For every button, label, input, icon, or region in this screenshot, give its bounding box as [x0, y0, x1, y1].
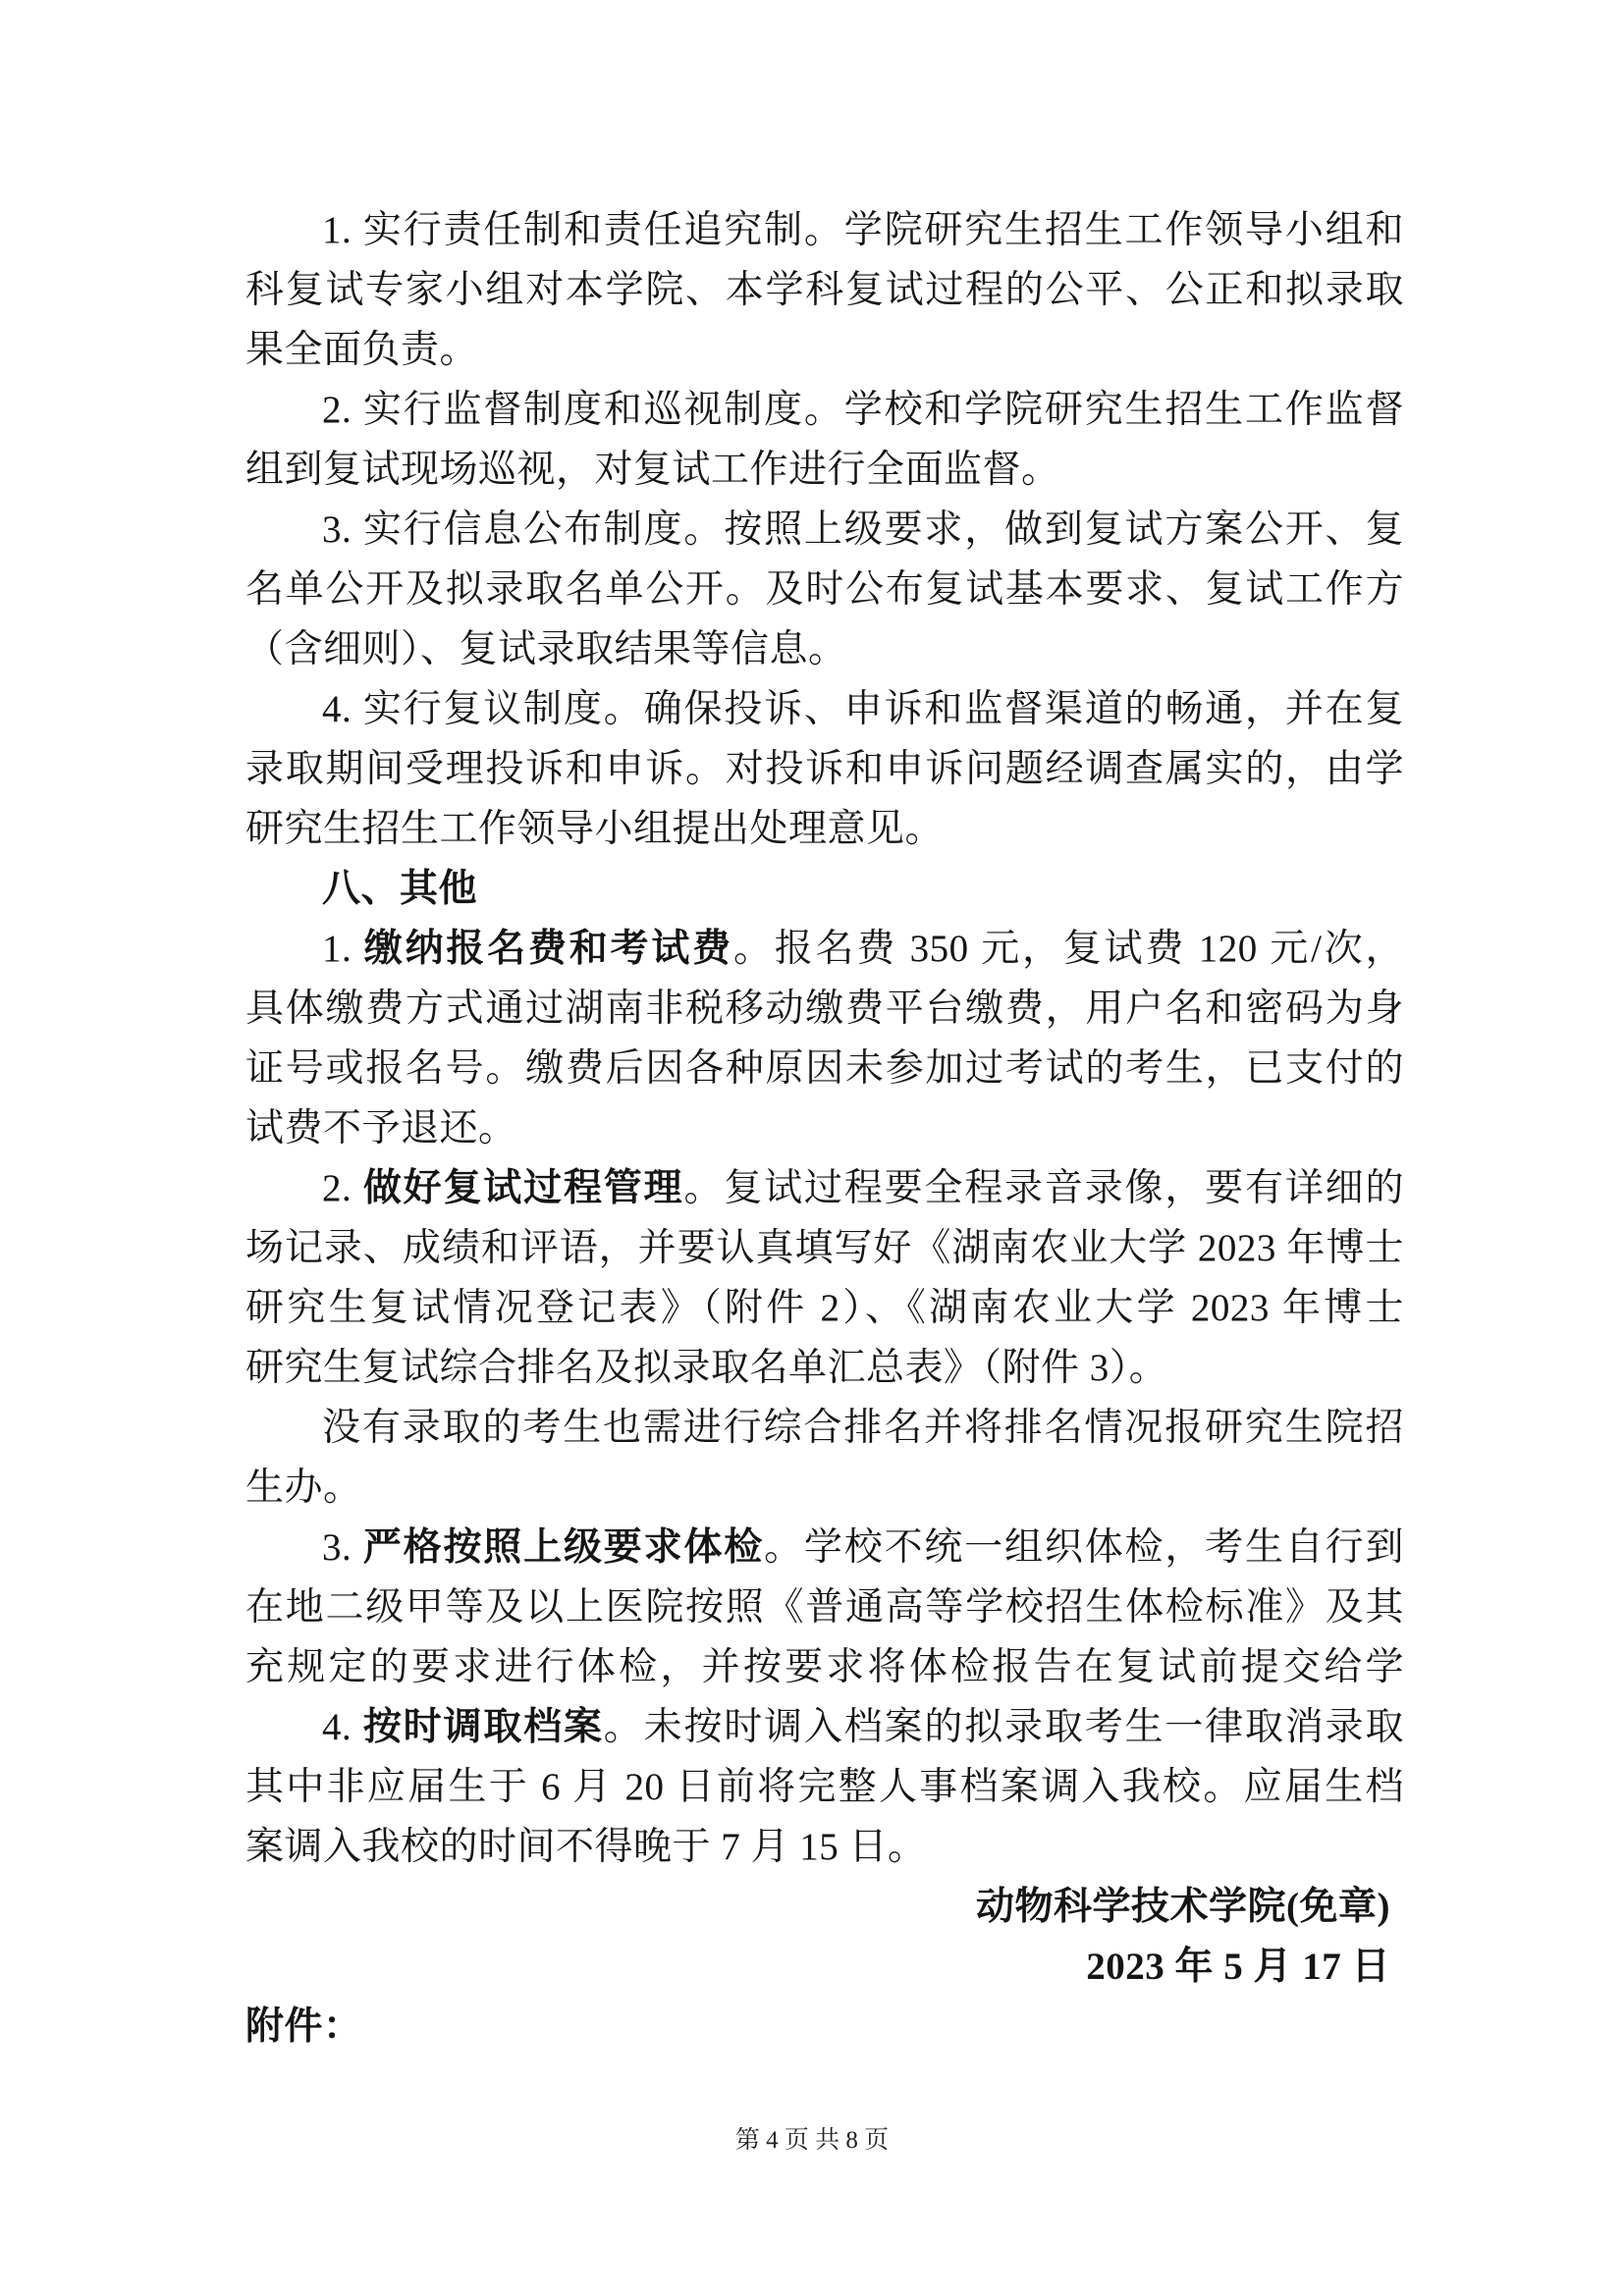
text-segment: （含细则）、复试录取结果等信息。: [245, 628, 847, 670]
text-segment: 案调入我校的时间不得晚于 7 月 15 日。: [245, 1826, 927, 1868]
text-line: 4. 按时调取档案。未按时调入档案的拟录取考生一律取消录取资: [245, 1697, 1404, 1757]
bold-text-segment: 2023 年 5 月 17 日: [1086, 1946, 1390, 1988]
text-line: 其中非应届生于 6 月 20 日前将完整人事档案调入我校。应届生档: [245, 1757, 1404, 1817]
text-line: 名单公开及拟录取名单公开。及时公布复试基本要求、复试工作方案: [245, 560, 1404, 619]
bold-text-segment: 严格按照上级要求体检: [363, 1526, 764, 1569]
text-line: 1. 缴纳报名费和考试费。报名费 350 元，复试费 120 元/次，: [245, 919, 1404, 979]
text-segment: 2. 实行监督制度和巡视制度。学校和学院研究生招生工作监督小: [322, 389, 1404, 440]
text-segment: 试费不予退还。: [245, 1107, 517, 1149]
text-line: 具体缴费方式通过湖南非税移动缴费平台缴费，用户名和密码为身份: [245, 979, 1404, 1039]
text-segment: 3. 实行信息公布制度。按照上级要求，做到复试方案公开、复试: [322, 508, 1404, 560]
text-line: 证号或报名号。缴费后因各种原因未参加过考试的考生，已支付的考: [245, 1039, 1404, 1098]
text-line: 科复试专家小组对本学院、本学科复试过程的公平、公正和拟录取结: [245, 260, 1404, 320]
bold-text-segment: 按时调取档案: [363, 1706, 604, 1748]
text-line: 场记录、成绩和评语，并要认真填写好《湖南农业大学 2023 年博士: [245, 1218, 1404, 1278]
text-line: 没有录取的考生也需进行综合排名并将排名情况报研究生院招: [245, 1398, 1404, 1458]
text-segment: 4.: [322, 1706, 363, 1748]
text-line: 试费不予退还。: [245, 1098, 1404, 1158]
text-segment: 2.: [322, 1167, 363, 1209]
text-line: 八、其他: [245, 859, 1404, 919]
text-line: 果全面负责。: [245, 320, 1404, 380]
text-segment: 。报名费 350 元，复试费 120 元/次，: [733, 928, 1404, 970]
text-line: 1. 实行责任制和责任追究制。学院研究生招生工作领导小组和学: [245, 200, 1404, 260]
document-body: 1. 实行责任制和责任追究制。学院研究生招生工作领导小组和学科复试专家小组对本学…: [245, 200, 1404, 2056]
text-line: 动物科学技术学院(免章): [245, 1877, 1404, 1937]
text-line: 2. 实行监督制度和巡视制度。学校和学院研究生招生工作监督小: [245, 380, 1404, 440]
text-segment: 证号或报名号。缴费后因各种原因未参加过考试的考生，已支付的考: [245, 1047, 1404, 1098]
text-line: 研究生复试综合排名及拟录取名单汇总表》（附件 3）。: [245, 1338, 1404, 1398]
text-line: 3. 严格按照上级要求体检。学校不统一组织体检，考生自行到所: [245, 1518, 1404, 1577]
text-segment: 录取期间受理投诉和申诉。对投诉和申诉问题经调查属实的，由学校: [245, 748, 1404, 799]
text-segment: 1. 实行责任制和责任追究制。学院研究生招生工作领导小组和学: [322, 209, 1404, 260]
text-segment: 研究生招生工作领导小组提出处理意见。: [245, 808, 944, 850]
text-segment: 1.: [322, 928, 364, 970]
text-segment: 研究生复试综合排名及拟录取名单汇总表》（附件 3）。: [245, 1347, 1167, 1389]
bold-text-segment: 做好复试过程管理: [363, 1167, 684, 1209]
text-line: 4. 实行复议制度。确保投诉、申诉和监督渠道的畅通，并在复试: [245, 679, 1404, 739]
text-line: 在地二级甲等及以上医院按照《普通高等学校招生体检标准》及其补: [245, 1577, 1404, 1637]
text-line: 3. 实行信息公布制度。按照上级要求，做到复试方案公开、复试: [245, 500, 1404, 560]
text-line: 组到复试现场巡视，对复试工作进行全面监督。: [245, 440, 1404, 500]
text-segment: 组到复试现场巡视，对复试工作进行全面监督。: [245, 449, 1060, 491]
text-line: 充规定的要求进行体检，并按要求将体检报告在复试前提交给学院。: [245, 1637, 1404, 1697]
bold-text-segment: 附件：: [245, 2005, 362, 2048]
text-line: （含细则）、复试录取结果等信息。: [245, 619, 1404, 679]
text-segment: 具体缴费方式通过湖南非税移动缴费平台缴费，用户名和密码为身份: [245, 988, 1404, 1039]
text-line: 案调入我校的时间不得晚于 7 月 15 日。: [245, 1817, 1404, 1877]
bold-text-segment: 八、其他: [322, 868, 477, 910]
text-segment: 科复试专家小组对本学院、本学科复试过程的公平、公正和拟录取结: [245, 269, 1404, 320]
text-segment: 场记录、成绩和评语，并要认真填写好《湖南农业大学 2023 年博士: [245, 1227, 1404, 1269]
text-segment: 果全面负责。: [245, 329, 478, 371]
text-segment: 其中非应届生于 6 月 20 日前将完整人事档案调入我校。应届生档: [245, 1766, 1404, 1808]
text-line: 研究生招生工作领导小组提出处理意见。: [245, 799, 1404, 859]
text-line: 研究生复试情况登记表》（附件 2）、《湖南农业大学 2023 年博士: [245, 1278, 1404, 1338]
text-line: 附件：: [245, 1997, 1404, 2056]
bold-text-segment: 动物科学技术学院(免章): [976, 1886, 1390, 1928]
text-segment: 充规定的要求进行体检，并按要求将体检报告在复试前提交给学院。: [245, 1646, 1404, 1697]
document-page: 1. 实行责任制和责任追究制。学院研究生招生工作领导小组和学科复试专家小组对本学…: [0, 0, 1624, 2296]
text-segment: 3.: [322, 1526, 363, 1569]
text-segment: 没有录取的考生也需进行综合排名并将排名情况报研究生院招: [322, 1407, 1404, 1449]
text-segment: 名单公开及拟录取名单公开。及时公布复试基本要求、复试工作方案: [245, 568, 1404, 619]
bold-text-segment: 缴纳报名费和考试费: [364, 928, 733, 970]
text-line: 2. 做好复试过程管理。复试过程要全程录音录像，要有详细的现: [245, 1158, 1404, 1218]
text-line: 生办。: [245, 1458, 1404, 1518]
text-segment: 生办。: [245, 1467, 362, 1509]
page-footer: 第 4 页 共 8 页: [0, 2124, 1624, 2158]
text-line: 2023 年 5 月 17 日: [245, 1937, 1404, 1997]
text-segment: 在地二级甲等及以上医院按照《普通高等学校招生体检标准》及其补: [245, 1586, 1404, 1637]
text-segment: 4. 实行复议制度。确保投诉、申诉和监督渠道的畅通，并在复试: [322, 688, 1404, 739]
text-segment: 研究生复试情况登记表》（附件 2）、《湖南农业大学 2023 年博士: [245, 1287, 1404, 1329]
text-line: 录取期间受理投诉和申诉。对投诉和申诉问题经调查属实的，由学校: [245, 739, 1404, 799]
